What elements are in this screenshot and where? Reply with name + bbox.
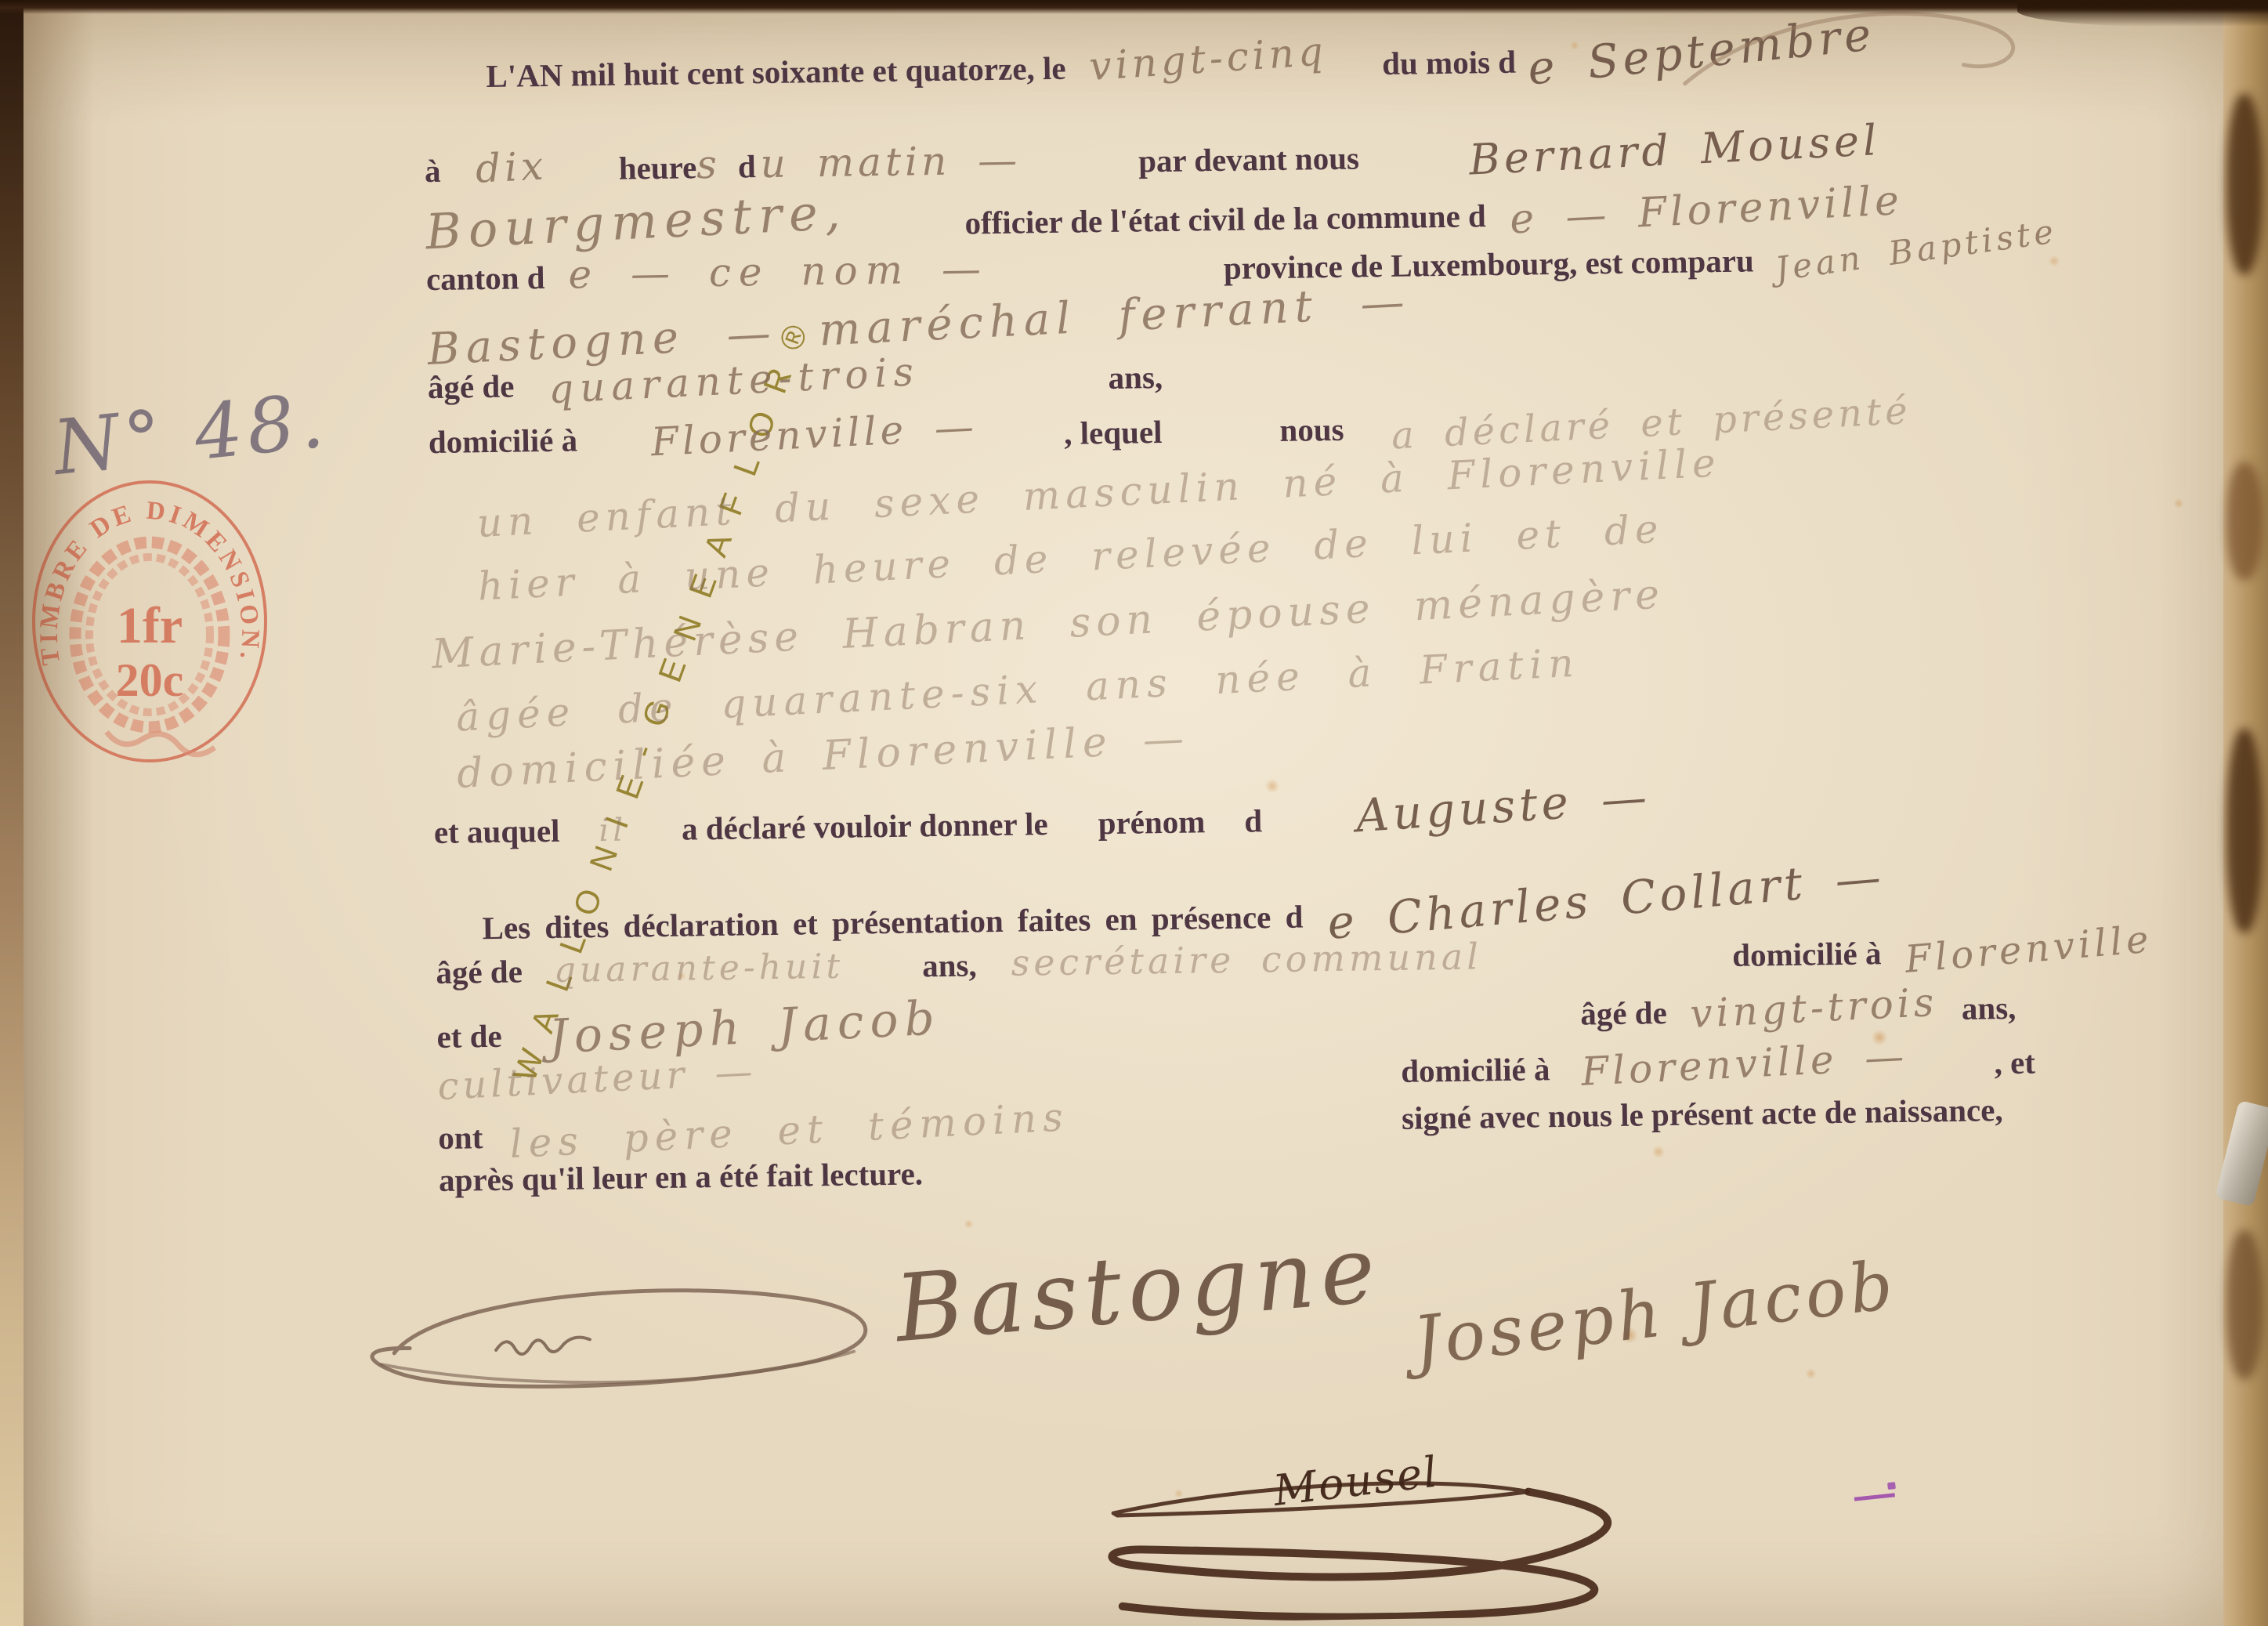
form-line-15-right: domicilié àFlorenville: [1732, 925, 2153, 975]
handwritten-witness2-domicile: Florenville —: [1580, 1034, 1909, 1095]
form-line-18-right: signé avec nous le présent acte de naiss…: [1402, 1091, 2003, 1137]
printed-text: domicilié à: [1401, 1050, 1550, 1090]
printed-text: âgé de: [428, 368, 515, 407]
printed-text: signé avec nous le présent acte de naiss…: [1402, 1091, 2003, 1137]
scanned-birth-record-page: { "margin": { "act_number": "N° 48." }, …: [0, 0, 2268, 1626]
printed-text: âgé de: [436, 952, 523, 991]
form-line-13: et auquelila déclaré vouloir donner lepr…: [433, 784, 1651, 854]
form-line-19: après qu'il leur en a été fait lecture.: [439, 1154, 924, 1199]
handwritten-child-firstname: Auguste —: [1355, 770, 1652, 843]
signature-officer-flourish: Mousel: [1077, 1423, 1691, 1624]
handwritten-witness1-profession: secrétaire communal: [1011, 935, 1482, 983]
printed-text: officier de l'état civil de la commune d: [964, 197, 1486, 241]
handwritten-witness2-profession: cultivateur —: [436, 1049, 758, 1109]
edge-stain: [2226, 729, 2263, 933]
printed-text: , lequel: [1064, 413, 1163, 452]
form-line-18-left: ontles père et témoins: [438, 1104, 1069, 1158]
signature-witness: Joseph Jacob: [1409, 1246, 1901, 1382]
printed-text: et de: [436, 1017, 502, 1056]
top-binding-edge: [0, 0, 2268, 14]
handwritten-domicile-father: Florenville —: [650, 404, 979, 465]
handwritten-period: u matin —: [760, 138, 1021, 187]
printed-text: d: [1244, 802, 1262, 839]
printed-text: canton d: [426, 259, 545, 298]
printed-text: domicilié à: [1732, 934, 1882, 974]
handwritten-hour: dix: [474, 143, 548, 191]
printed-text: par devant nous: [1138, 139, 1359, 179]
signature-paraph: [335, 1269, 916, 1411]
form-line-16-right: âgé devingt-troisans,: [1580, 983, 2017, 1034]
right-page-edge: [2223, 0, 2268, 1626]
form-line-16-left: et deJoseph Jacob: [436, 998, 942, 1059]
handwritten-pronoun: il: [599, 813, 627, 849]
printed-text: et auquel: [434, 812, 560, 851]
handwritten-officer-name: Bernard Mousel: [1468, 115, 1882, 185]
edge-stain: [2226, 1230, 2263, 1379]
handwritten-letter: s: [696, 142, 721, 187]
printed-text: ans,: [922, 946, 977, 984]
form-line-17-left: cultivateur —: [437, 1055, 757, 1103]
handwritten-day: vingt-cinq: [1088, 28, 1329, 89]
printed-text: heure: [618, 148, 696, 187]
printed-text: âgé de: [1580, 994, 1667, 1033]
printed-text: nous: [1279, 411, 1344, 449]
printed-text: après qu'il leur en a été fait lecture.: [439, 1154, 924, 1199]
printed-text: province de Luxembourg, est comparu: [1224, 241, 1754, 286]
printed-text: ont: [438, 1118, 483, 1157]
printed-text: domicilié à: [429, 421, 578, 461]
printed-text: , et: [1994, 1044, 2035, 1082]
form-line-6: âgé dequarante-troisans,: [428, 352, 1163, 407]
form-line-5: Bastogne — maréchal ferrant —: [427, 294, 1412, 359]
printed-text: à: [425, 152, 441, 190]
printed-text: a déclaré vouloir donner le: [682, 805, 1048, 848]
signature-father: Bastogne: [891, 1215, 1385, 1363]
edge-stain: [2226, 462, 2263, 580]
form-line-12: domiciliée à Florenville —: [456, 728, 1191, 785]
printed-text: prénom: [1098, 802, 1205, 842]
form-line-17-right: domicilié àFlorenville —, et: [1401, 1038, 2035, 1092]
handwritten-canton: e — ce nom —: [568, 246, 989, 297]
ink-flourish: [1652, 0, 2061, 103]
handwritten-witness2-age: vingt-trois: [1689, 980, 1939, 1037]
act-text-block: L'AN mil huit cent soixante et quatorze,…: [0, 0, 2268, 1626]
signature-officer: Mousel: [1270, 1447, 1441, 1516]
left-edge-shadow: [24, 0, 94, 1626]
printed-text: ans,: [1108, 358, 1163, 397]
handwritten-witness1-domicile: Florenville: [1904, 917, 2154, 981]
left-binding-edge: [0, 0, 24, 1626]
ink-dot: [1887, 1482, 1896, 1490]
handwritten-witness1-age: quarante-huit: [553, 947, 844, 990]
edge-stain: [2226, 94, 2263, 274]
printed-text: ans,: [1962, 989, 2017, 1027]
printed-text: du mois d: [1382, 43, 1517, 82]
printed-text: L'AN mil huit cent soixante et quatorze,…: [486, 49, 1066, 95]
printed-text: d: [738, 147, 756, 185]
